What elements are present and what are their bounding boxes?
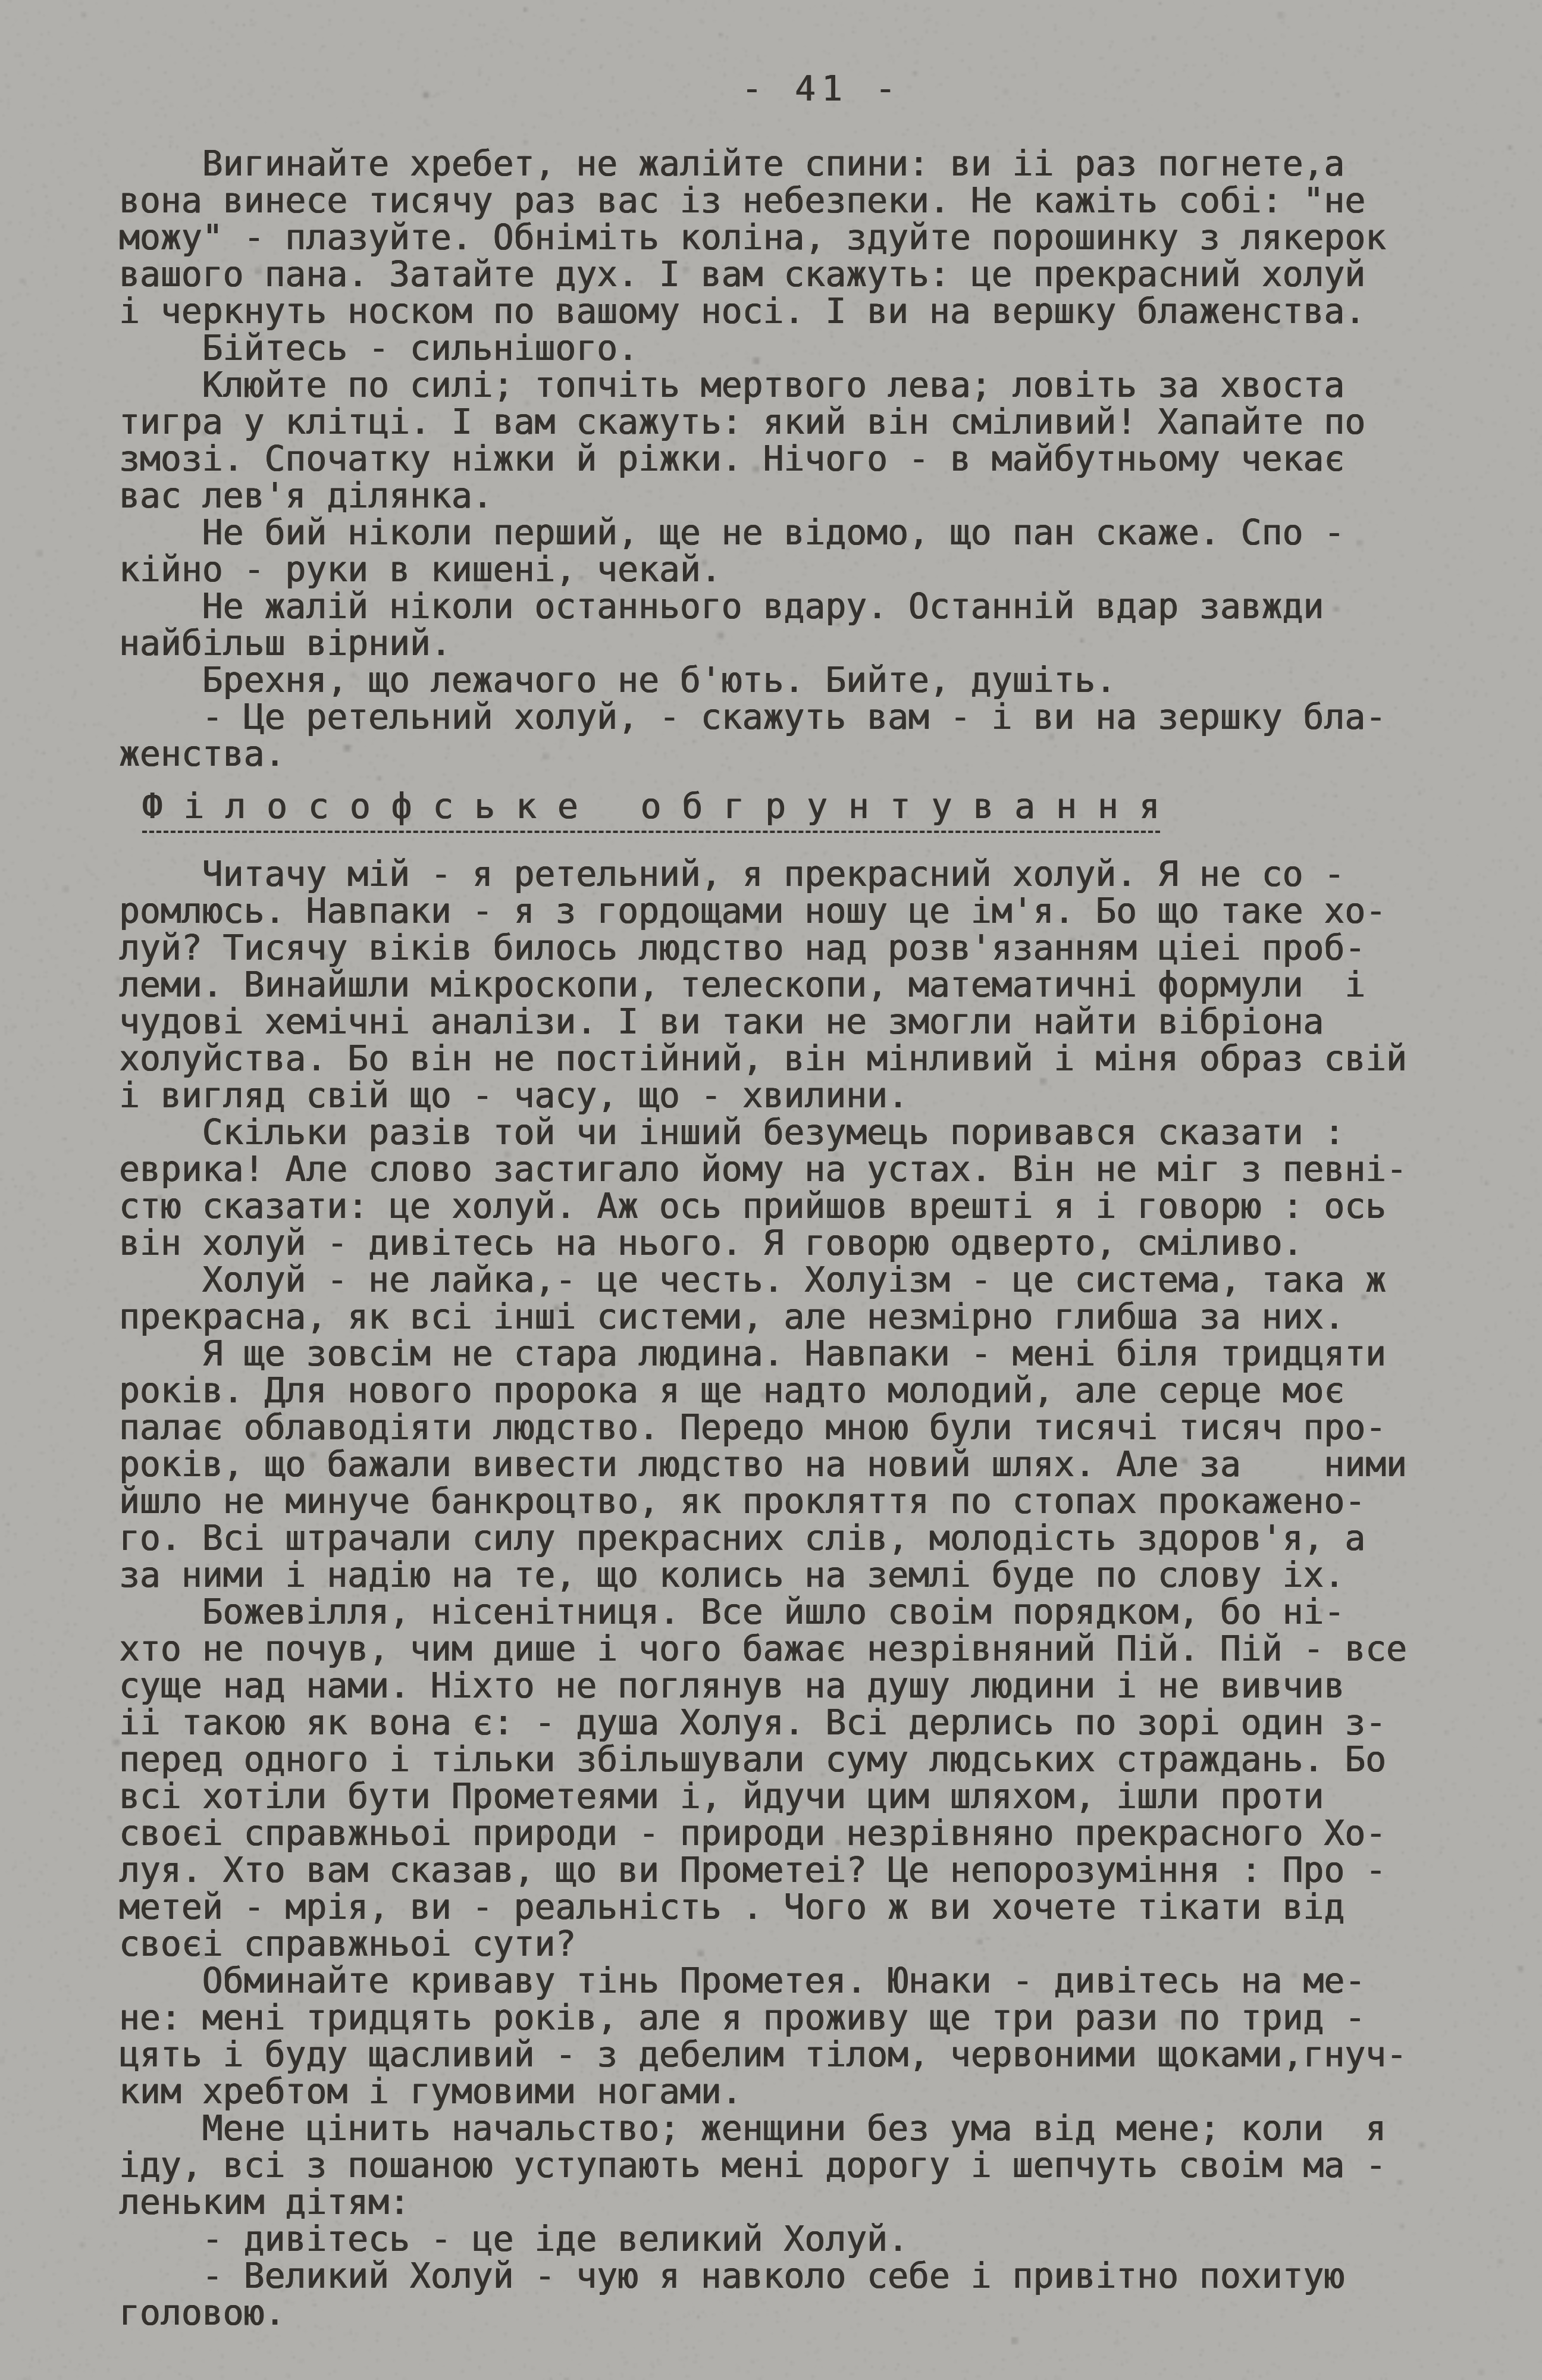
text-line: вашого пана. Затайте дух. І вам скажуть:… (119, 256, 1471, 293)
text-line: Читачу мій - я ретельний, я прекрасний х… (119, 856, 1471, 892)
text-line: вона винесе тисячу раз вас із небезпеки.… (119, 182, 1471, 219)
text-line: він холуй - дивітесь на нього. Я говорю … (119, 1225, 1471, 1261)
text-line: чудові хемічні аналізи. І ви таки не змо… (119, 1003, 1471, 1040)
section-heading: Ф і л о с о ф с ь к е о б г р у н т у в … (142, 788, 1160, 833)
text-line: Клюйте по силі; топчіть мертвого лева; л… (119, 367, 1471, 403)
text-line: - Це ретельний холуй, - скажуть вам - і … (119, 699, 1471, 735)
text-line: головою. (119, 2294, 1471, 2331)
paragraph: Вигинайте хребет, не жалійте спини: ви і… (119, 145, 1471, 330)
text-line: Вигинайте хребет, не жалійте спини: ви і… (119, 145, 1471, 182)
paragraph: Скільки разів той чи інший безумець пори… (119, 1114, 1471, 1261)
text-line: женства. (119, 735, 1471, 772)
scanned-page: - 41 - Вигинайте хребет, не жалійте спин… (0, 0, 1542, 2380)
paragraph: Читачу мій - я ретельний, я прекрасний х… (119, 856, 1471, 1114)
text-line: метей - мрія, ви - реальність . Чого ж в… (119, 1889, 1471, 1925)
text-line: можу" - плазуйте. Обніміть коліна, здуйт… (119, 219, 1471, 256)
text-line: Мене цінить начальство; женщини без ума … (119, 2110, 1471, 2147)
text-line: Обминайте криваву тінь Прометея. Юнаки -… (119, 1962, 1471, 1999)
text-line: змозі. Спочатку ніжки й ріжки. Нічого - … (119, 440, 1471, 477)
paragraph: Божевілля, нісенітниця. Все йшло своім п… (119, 1593, 1471, 1962)
text-line: луя. Хто вам сказав, що ви Прометеі? Це … (119, 1852, 1471, 1889)
text-line: кійно - руки в кишені, чекай. (119, 551, 1471, 588)
text-line: років, що бажали вивести людство на нови… (119, 1446, 1471, 1483)
text-line: Я ще зовсім не стара людина. Навпаки - м… (119, 1335, 1471, 1372)
text-line: йшло не минуче банкроцтво, як прокляття … (119, 1483, 1471, 1520)
paragraph: Холуй - не лайка,- це честь. Холуізм - ц… (119, 1261, 1471, 1335)
paragraph: - Це ретельний холуй, - скажуть вам - і … (119, 699, 1471, 772)
text-line: перед одного і тільки збільшували суму л… (119, 1741, 1471, 1778)
paragraph: Не жалій ніколи останнього вдару. Останн… (119, 588, 1471, 662)
text-line: своєі справжньоі сути? (119, 1925, 1471, 1962)
text-line: еврика! Але слово застигало йому на уста… (119, 1151, 1471, 1188)
text-line: цять і буду щасливий - з дебелим тілом, … (119, 2036, 1471, 2073)
text-line: і вигляд свій що - часу, що - хвилини. (119, 1077, 1471, 1114)
text-line: і черкнуть носком по вашому носі. І ви н… (119, 293, 1471, 330)
text-line: - Великий Холуй - чую я навколо себе і п… (119, 2257, 1471, 2294)
text-line: найбільш вірний. (119, 625, 1471, 662)
text-line: хто не почув, чим дише і чого бажає незр… (119, 1630, 1471, 1667)
text-line: леньким дітям: (119, 2184, 1471, 2221)
text-line: не: мені тридцять років, але я проживу щ… (119, 1999, 1471, 2036)
text-line: леми. Винайшли мікроскопи, телескопи, ма… (119, 966, 1471, 1003)
paragraph: - Великий Холуй - чую я навколо себе і п… (119, 2257, 1471, 2331)
section-heading-row: Ф і л о с о ф с ь к е о б г р у н т у в … (119, 788, 1471, 833)
text-line: Божевілля, нісенітниця. Все йшло своім п… (119, 1593, 1471, 1630)
text-line: стю сказати: це холуй. Аж ось прийшов вр… (119, 1188, 1471, 1225)
text-line: років. Для нового пророка я ще надто мол… (119, 1372, 1471, 1409)
text-line: за ними і надію на те, що колись на земл… (119, 1557, 1471, 1593)
paragraph: - дивітесь - це іде великий Холуй. (119, 2221, 1471, 2257)
paragraph: Бійтесь - сильнішого. (119, 330, 1471, 367)
paragraph: Обминайте криваву тінь Прометея. Юнаки -… (119, 1962, 1471, 2110)
text-line: іі такою як вона є: - душа Холуя. Всі де… (119, 1704, 1471, 1741)
text-line: Бійтесь - сильнішого. (119, 330, 1471, 367)
text-line: вас лев'я ділянка. (119, 477, 1471, 514)
text-line: тигра у клітці. І вам скажуть: який він … (119, 403, 1471, 440)
text-line: Холуй - не лайка,- це честь. Холуізм - ц… (119, 1261, 1471, 1298)
text-line: Скільки разів той чи інший безумець пори… (119, 1114, 1471, 1151)
text-line: своєі справжньоі природи - природи незрі… (119, 1815, 1471, 1852)
text-line: суще над нами. Ніхто не поглянув на душу… (119, 1667, 1471, 1704)
text-line: прекрасна, як всі інші системи, але незм… (119, 1298, 1471, 1335)
paragraph: Не бий ніколи перший, ще не відомо, що п… (119, 514, 1471, 588)
text-line: іду, всі з пошаною уступають мені дорогу… (119, 2147, 1471, 2184)
text-line: холуйства. Бо він не постійний, він мінл… (119, 1040, 1471, 1077)
text-line: луй? Тисячу віків билось людство над роз… (119, 929, 1471, 966)
text-line: палає облаводіяти людство. Передо мною б… (119, 1409, 1471, 1446)
paragraph: Мене цінить начальство; женщини без ума … (119, 2110, 1471, 2221)
page-body: Вигинайте хребет, не жалійте спини: ви і… (119, 145, 1471, 2331)
text-line: Брехня, що лежачого не б'ють. Бийте, душ… (119, 662, 1471, 699)
text-line: ромлюсь. Навпаки - я з гордощами ношу це… (119, 892, 1471, 929)
text-line: ким хребтом і гумовими ногами. (119, 2073, 1471, 2110)
paragraph: Я ще зовсім не стара людина. Навпаки - м… (119, 1335, 1471, 1593)
paragraph: Брехня, що лежачого не б'ють. Бийте, душ… (119, 662, 1471, 699)
text-line: всі хотіли бути Прометеями і, йдучи цим … (119, 1778, 1471, 1815)
page-number: - 41 - (173, 70, 1471, 107)
text-line: го. Всі штрачали силу прекрасних слів, м… (119, 1520, 1471, 1557)
text-line: Не бий ніколи перший, ще не відомо, що п… (119, 514, 1471, 551)
text-line: Не жалій ніколи останнього вдару. Останн… (119, 588, 1471, 625)
paragraph: Клюйте по силі; топчіть мертвого лева; л… (119, 367, 1471, 514)
text-line: - дивітесь - це іде великий Холуй. (119, 2221, 1471, 2257)
